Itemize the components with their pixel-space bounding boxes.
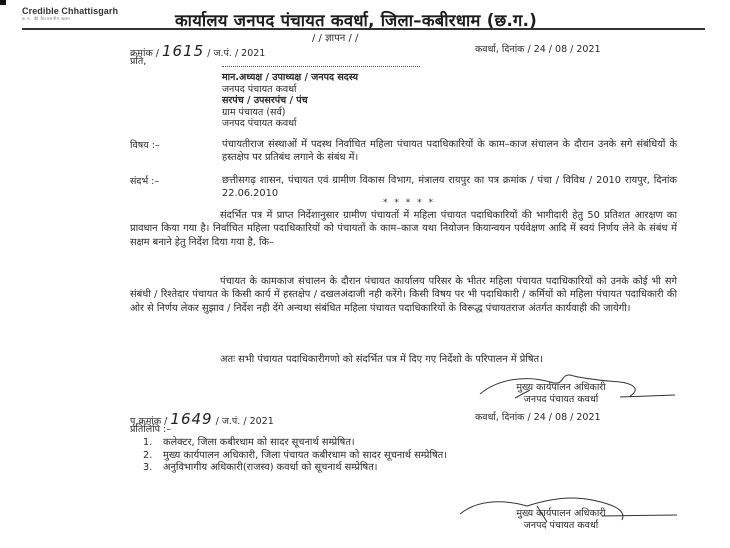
subject-text: पंचायतीराज संस्थाओं में पदस्थ निर्वाचित … (222, 138, 677, 165)
section-separator: * * * * * (383, 198, 435, 208)
copy-ref-suffix: / ज.पं. / 2021 (216, 416, 274, 427)
watermark-subtitle: छ.ग. की विश्वसनीय खबर (22, 16, 132, 22)
reference-text: छत्तीसगढ़ शासन, पंचायत एवं ग्रामीण विकास… (222, 174, 677, 201)
body-paragraph: अतः सभी पंचायत पदाधिकारीगणो को संदर्भित … (130, 353, 677, 366)
body-paragraph: संदर्भित पत्र में प्राप्त निर्देशानुसार … (130, 209, 677, 249)
memo-label: / / ज्ञापन / / (312, 30, 358, 44)
letter-date: कवर्धा, दिनांक / 24 / 08 / 2021 (475, 42, 601, 55)
copy-recipient-list: 1. कलेक्टर, जिला कबीरधाम को सादर सूचनार्… (143, 437, 677, 475)
signatory-office: जनपद पंचायत कवर्धा (466, 394, 656, 406)
recipient-line: ग्राम पंचायत (सर्व) (222, 107, 358, 119)
signatory-title: मुख्य कार्यपालन अधिकारी (466, 508, 656, 520)
ref-suffix: / ज.पं. / 2021 (207, 48, 265, 59)
handwritten-copy-number: 1649 (170, 410, 212, 428)
list-number: 2. (143, 450, 163, 463)
watermark-logo: Credible Chhattisgarh छ.ग. की विश्वसनीय … (22, 6, 132, 22)
recipient-block: मान.अध्यक्ष / उपाध्यक्ष / जनपद सदस्य जनप… (222, 72, 358, 130)
recipient-line: मान.अध्यक्ष / उपाध्यक्ष / जनपद सदस्य (222, 72, 358, 84)
signatory-office: जनपद पंचायत कवर्धा (466, 520, 656, 532)
list-item: 2. मुख्य कार्यपालन अधिकारी, जिला पंचायत … (143, 450, 677, 463)
list-item: 1. कलेक्टर, जिला कबीरधाम को सादर सूचनार्… (143, 437, 677, 450)
list-item: 3. अनुविभागीय अधिकारी(राजस्व) कवर्धा को … (143, 462, 677, 475)
header-divider (22, 28, 705, 30)
copy-to-label: प्रतिलिपि :– (130, 422, 171, 435)
copy-date: कवर्धा, दिनांक / 24 / 08 / 2021 (475, 410, 601, 423)
letter-reference-number: क्रमांक / 1615 / ज.पं. / 2021 (130, 42, 265, 60)
list-text: मुख्य कार्यपालन अधिकारी, जिला पंचायत कबी… (163, 450, 677, 463)
handwritten-ref-number: 1615 (162, 42, 204, 60)
recipient-line: जनपद पंचायत कवर्धा (222, 84, 358, 96)
signature-block: मुख्य कार्यपालन अधिकारी जनपद पंचायत कवर्… (466, 382, 656, 406)
addressee-label: प्रति, (130, 54, 146, 67)
reference-label: संदर्भ :– (130, 174, 159, 187)
signatory-title: मुख्य कार्यपालन अधिकारी (466, 382, 656, 394)
dotted-separator (222, 66, 420, 67)
body-paragraph: पंचायत के कामकाज संचालन के दौरान पंचायत … (130, 275, 677, 315)
watermark-title: Credible Chhattisgarh (22, 6, 132, 16)
list-text: अनुविभागीय अधिकारी(राजस्व) कवर्धा को सूच… (163, 462, 677, 475)
recipient-line: सरपंच / उपसरपंच / पंच (222, 95, 358, 107)
signature-block: मुख्य कार्यपालन अधिकारी जनपद पंचायत कवर्… (466, 508, 656, 532)
subject-label: विषय :– (130, 138, 160, 151)
scan-corner-mark (0, 0, 6, 5)
recipient-line: जनपद पंचायत कवर्धा (222, 118, 358, 130)
list-number: 3. (143, 462, 163, 475)
list-number: 1. (143, 437, 163, 450)
list-text: कलेक्टर, जिला कबीरधाम को सादर सूचनार्थ स… (163, 437, 677, 450)
